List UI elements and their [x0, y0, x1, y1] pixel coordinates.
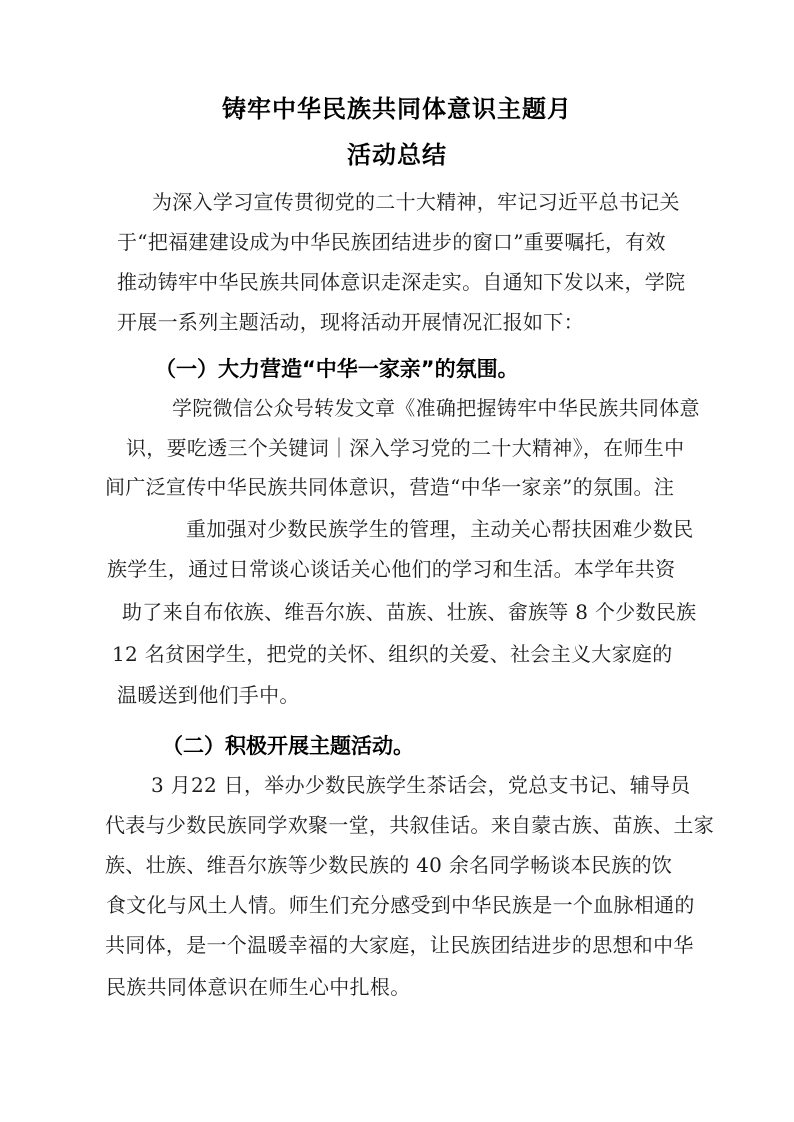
paragraph1-line1: 为深入学习宣传贯彻党的二十大精神，牢记习近平总书记关: [152, 189, 680, 215]
paragraph3-line1: 3 月22 日，举办少数民族学生茶话会，党总支书记、辅导员: [151, 772, 691, 798]
section-heading-2: （二）积极开展主题活动。: [162, 733, 414, 759]
paragraph2-line3: 间广泛宣传中华民族共同体意识，营造“中华一家亲”的氛围。注: [105, 474, 674, 500]
paragraph1-line4: 开展一系列主题活动，现将活动开展情况汇报如下：: [117, 309, 584, 335]
paragraph2-line1: 学院微信公众号转发文章《准确把握铸牢中华民族共同体意: [172, 395, 700, 421]
document-title: 铸牢中华民族共同体意识主题月: [0, 94, 794, 124]
paragraph3-line4: 食文化与风土人情。师生们充分感受到中华民族是一个血脉相通的: [106, 892, 695, 918]
paragraph3-line6: 民族共同体意识在师生心中扎根。: [106, 974, 411, 1000]
document-subtitle: 活动总结: [0, 140, 794, 170]
paragraph2-line4: 重加强对少数民族学生的管理，主动关心帮扶困难少数民: [186, 516, 694, 542]
paragraph1-line2: 于“把福建建设成为中华民族团结进步的窗口”重要嘱托，有效: [117, 229, 666, 255]
document-page: 铸牢中华民族共同体意识主题月 活动总结 为深入学习宣传贯彻党的二十大精神，牢记习…: [0, 0, 794, 1122]
paragraph1-line3: 推动铸牢中华民族共同体意识走深走实。自通知下发以来，学院: [117, 269, 685, 295]
paragraph2-line5: 族学生，通过日常谈心谈话关心他们的学习和生活。本学年共资: [107, 556, 675, 582]
paragraph2-line8: 温暖送到他们手中。: [117, 682, 300, 708]
paragraph2-line2: 识，要吃透三个关键词｜深入学习党的二十大精神》，在师生中: [126, 435, 684, 461]
paragraph3-line5: 共同体，是一个温暖幸福的大家庭，让民族团结进步的思想和中华: [105, 932, 694, 958]
section-heading-1: （一）大力营造“中华一家亲”的氛围。: [155, 356, 519, 382]
paragraph2-line6: 助了来自布依族、维吾尔族、苗族、壮族、畲族等 8 个少数民族: [122, 599, 696, 625]
paragraph3-line3: 族、壮族、维吾尔族等少数民族的 40 余名同学畅谈本民族的饮: [105, 852, 672, 878]
paragraph2-line7: 12 名贫困学生，把党的关怀、组织的关爱、社会主义大家庭的: [112, 641, 673, 667]
paragraph3-line2: 代表与少数民族同学欢聚一堂，共叙佳话。来自蒙古族、苗族、土家: [105, 812, 714, 838]
